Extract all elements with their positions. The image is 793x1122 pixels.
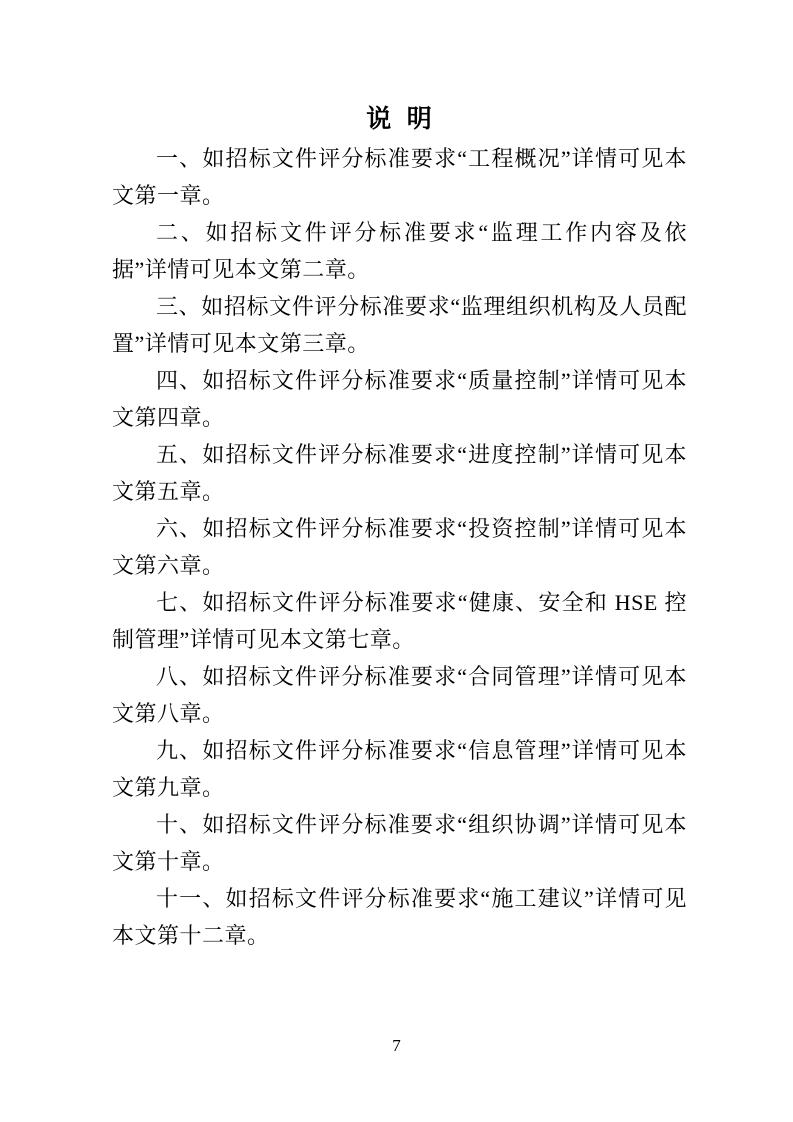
document-body: 说 明 一、如招标文件评分标准要求“工程概况”详情可见本文第一章。 二、如招标文… [112, 100, 687, 954]
paragraph-11: 十一、如招标文件评分标准要求“施工建议”详情可见本文第十二章。 [112, 880, 687, 954]
paragraph-4: 四、如招标文件评分标准要求“质量控制”详情可见本文第四章。 [112, 362, 687, 436]
paragraph-2: 二、如招标文件评分标准要求“监理工作内容及依据”详情可见本文第二章。 [112, 214, 687, 288]
paragraph-1: 一、如招标文件评分标准要求“工程概况”详情可见本文第一章。 [112, 140, 687, 214]
paragraph-5: 五、如招标文件评分标准要求“进度控制”详情可见本文第五章。 [112, 436, 687, 510]
paragraph-10: 十、如招标文件评分标准要求“组织协调”详情可见本文第十章。 [112, 806, 687, 880]
paragraph-7: 七、如招标文件评分标准要求“健康、安全和 HSE 控制管理”详情可见本文第七章。 [112, 584, 687, 658]
page-number: 7 [0, 1036, 793, 1056]
paragraph-9: 九、如招标文件评分标准要求“信息管理”详情可见本文第九章。 [112, 732, 687, 806]
paragraph-8: 八、如招标文件评分标准要求“合同管理”详情可见本文第八章。 [112, 658, 687, 732]
document-page: 说 明 一、如招标文件评分标准要求“工程概况”详情可见本文第一章。 二、如招标文… [0, 0, 793, 1122]
paragraph-3: 三、如招标文件评分标准要求“监理组织机构及人员配置”详情可见本文第三章。 [112, 288, 687, 362]
page-title: 说 明 [112, 100, 687, 140]
paragraph-6: 六、如招标文件评分标准要求“投资控制”详情可见本文第六章。 [112, 510, 687, 584]
